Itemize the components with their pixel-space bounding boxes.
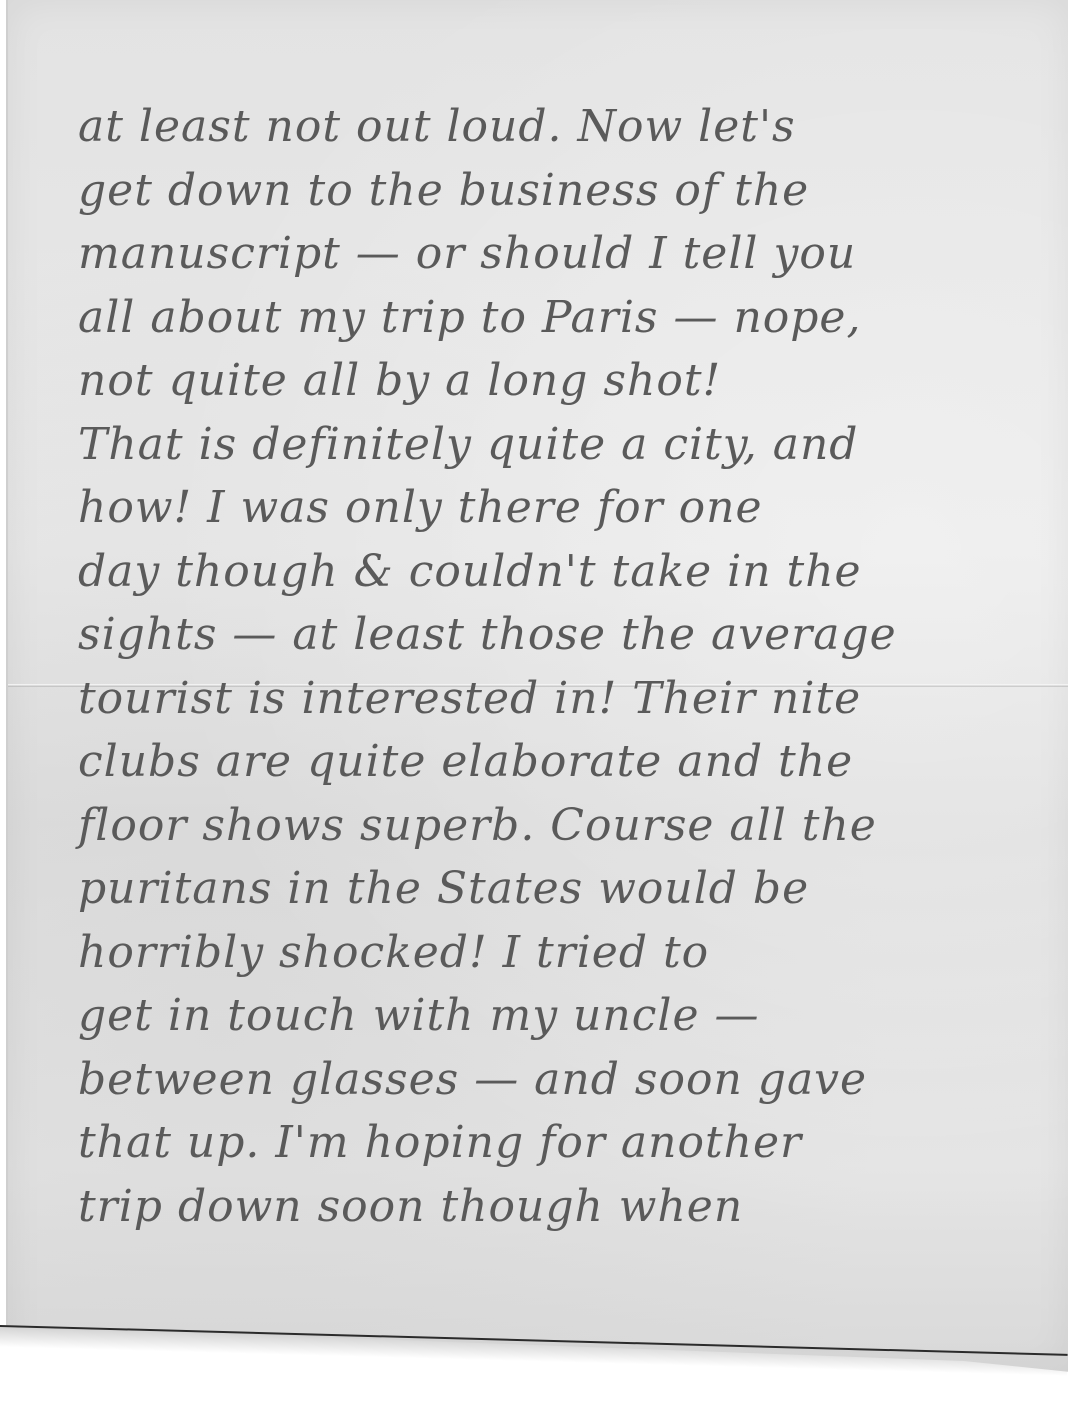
text-line: floor shows superb. Course all the [78, 794, 1038, 858]
text-line: That is definitely quite a city, and [78, 413, 1038, 477]
text-line: trip down soon though when [78, 1175, 1038, 1239]
text-line: day though & couldn't take in the [78, 540, 1038, 604]
text-line: tourist is interested in! Their nite [78, 667, 1038, 731]
letter-page: at least not out loud. Now let's get dow… [6, 0, 1068, 1372]
text-line: sights — at least those the average [78, 603, 1038, 667]
text-line: at least not out loud. Now let's [78, 95, 1038, 159]
text-line: that up. I'm hoping for another [78, 1111, 1038, 1175]
text-line: all about my trip to Paris — nope, [78, 286, 1038, 350]
text-line: horribly shocked! I tried to [78, 921, 1038, 985]
text-line: manuscript — or should I tell you [78, 222, 1038, 286]
text-line: between glasses — and soon gave [78, 1048, 1038, 1112]
text-line: get down to the business of the [78, 159, 1038, 223]
text-line: get in touch with my uncle — [78, 984, 1038, 1048]
text-line: how! I was only there for one [78, 476, 1038, 540]
text-line: clubs are quite elaborate and the [78, 730, 1038, 794]
handwritten-text: at least not out loud. Now let's get dow… [78, 95, 1038, 1238]
text-line: not quite all by a long shot! [78, 349, 1038, 413]
text-line: puritans in the States would be [78, 857, 1038, 921]
